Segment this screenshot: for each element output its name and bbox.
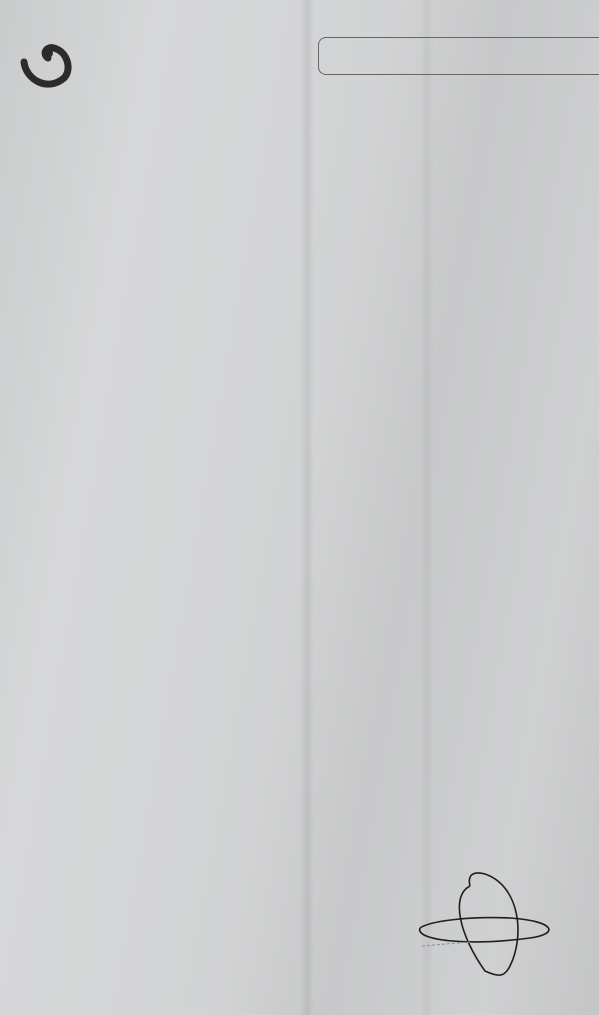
physical-exam: [18, 436, 598, 462]
exam-vitals-line: [18, 436, 598, 462]
institute-logo-icon: [18, 40, 74, 90]
handwritten-signature-icon: [410, 866, 560, 981]
evaluation-box: [318, 37, 599, 75]
